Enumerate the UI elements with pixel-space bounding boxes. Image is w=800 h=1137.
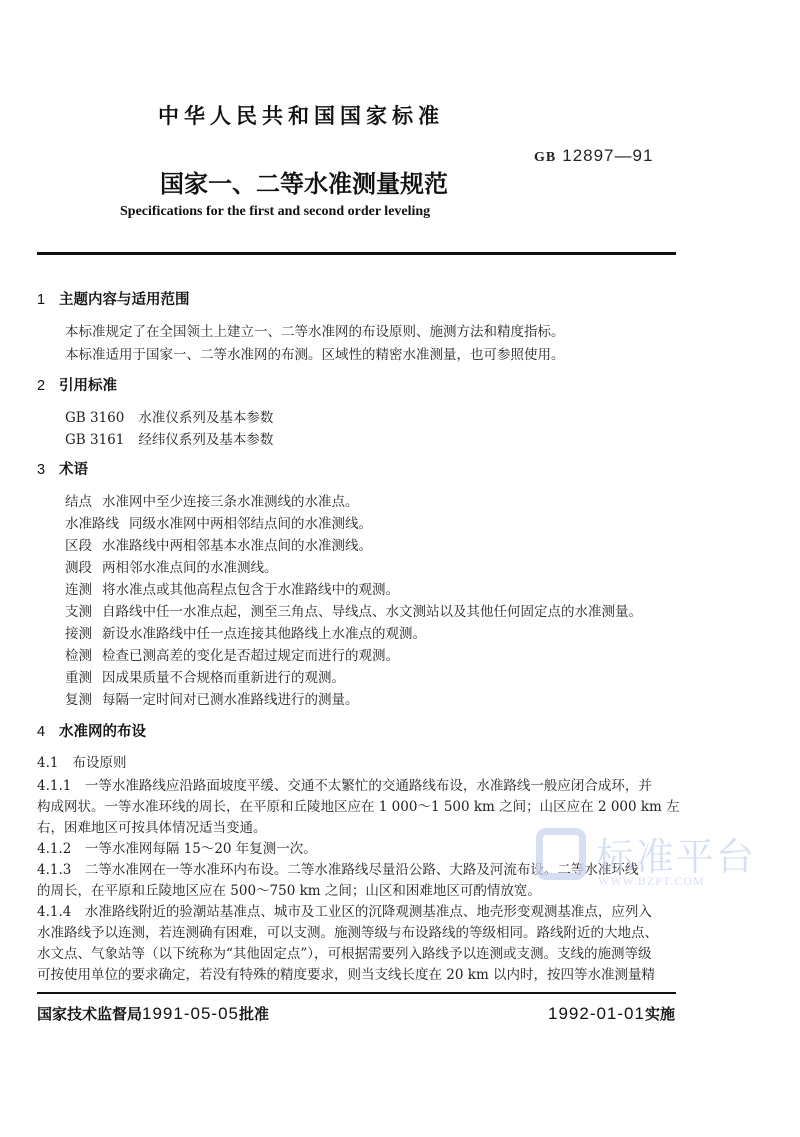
watermark-logo-icon — [536, 828, 586, 880]
clause-line: 4.1.2 一等水准网每隔 15～20 年复测一次。 — [37, 837, 317, 857]
clause-line: 可按使用单位的要求确定，若没有特殊的精度要求，则当支线长度在 20 km 以内时… — [37, 963, 655, 983]
standard-prefix: GB — [534, 150, 556, 165]
section-heading-2: 2引用标准 — [37, 374, 117, 395]
paragraph: 本标准适用于国家一、二等水准网的布测。区域性的精密水准测量，也可参照使用。 — [65, 343, 565, 363]
country-standard-label: 中华人民共和国国家标准 — [158, 100, 444, 130]
reference-item: GB 3161经纬仪系列及基本参数 — [65, 428, 273, 448]
document-title-en: Specifications for the first and second … — [120, 204, 430, 220]
clause-line: 构成网状。一等水准环线的周长，在平原和丘陵地区应在 1 000～1 500 km… — [37, 795, 680, 815]
term-item: 结点水准网中至少连接三条水准测线的水准点。 — [65, 490, 359, 510]
reference-item: GB 3160水准仪系列及基本参数 — [65, 406, 273, 426]
term-item: 接测新设水准路线中任一点连接其他路线上水准点的观测。 — [65, 622, 426, 642]
clause-line: 的周长，在平原和丘陵地区应在 500～750 km 之间；山区和困难地区可酌情放… — [37, 879, 541, 899]
standard-number: GB12897—91 — [534, 146, 653, 166]
term-item: 测段两相邻水准点间的水准测线。 — [65, 556, 278, 576]
header-divider — [37, 252, 676, 255]
section-heading-1: 1主题内容与适用范围 — [37, 288, 190, 309]
term-item: 支测自路线中任一水准点起，测至三角点、导线点、水文测站以及其他任何固定点的水准测… — [65, 600, 642, 620]
clause-line: 右，困难地区可按具体情况适当变通。 — [37, 816, 267, 836]
paragraph: 本标准规定了在全国领土上建立一、二等水准网的布设原则、施测方法和精度指标。 — [65, 320, 565, 340]
watermark-text: 标准平台 — [596, 826, 756, 881]
term-item: 区段水准路线中两相邻基本水准点间的水准测线。 — [65, 534, 372, 554]
approval-info: 国家技术监督局1991-05-05批准 — [37, 1003, 269, 1024]
effective-info: 1992-01-01实施 — [548, 1003, 675, 1024]
subsection-heading: 4.1布设原则 — [37, 751, 126, 771]
footer-divider — [37, 992, 676, 994]
term-item: 复测每隔一定时间对已测水准路线进行的测量。 — [65, 688, 359, 708]
clause-line: 水准路线予以连测，若连测确有困难，可以支测。施测等级与布设路线的等级相同。路线附… — [37, 921, 658, 941]
standard-code: 12897—91 — [562, 146, 653, 165]
clause-line: 4.1.4 水准路线附近的验潮站基准点、城市及工业区的沉降观测基准点、地壳形变观… — [37, 900, 652, 920]
term-item: 连测将水准点或其他高程点包含于水准路线中的观测。 — [65, 578, 399, 598]
term-item: 重测因成果质量不合规格而重新进行的观测。 — [65, 666, 345, 686]
document-title-cn: 国家一、二等水准测量规范 — [160, 164, 448, 199]
clause-line: 水文点、气象站等（以下统称为“其他固定点”），可根据需要列入路线予以连测或支测。… — [37, 942, 652, 962]
clause-line: 4.1.1 一等水准路线应沿路面坡度平缓、交通不太繁忙的交通路线布设，水准路线一… — [37, 774, 652, 794]
section-heading-3: 3术语 — [37, 458, 88, 479]
term-item: 水准路线同级水准网中两相邻结点间的水准测线。 — [65, 512, 372, 532]
section-heading-4: 4水准网的布设 — [37, 720, 146, 741]
term-item: 检测检查已测高差的变化是否超过规定而进行的观测。 — [65, 644, 399, 664]
watermark-url: WWW.BZPT.COM — [598, 874, 705, 889]
